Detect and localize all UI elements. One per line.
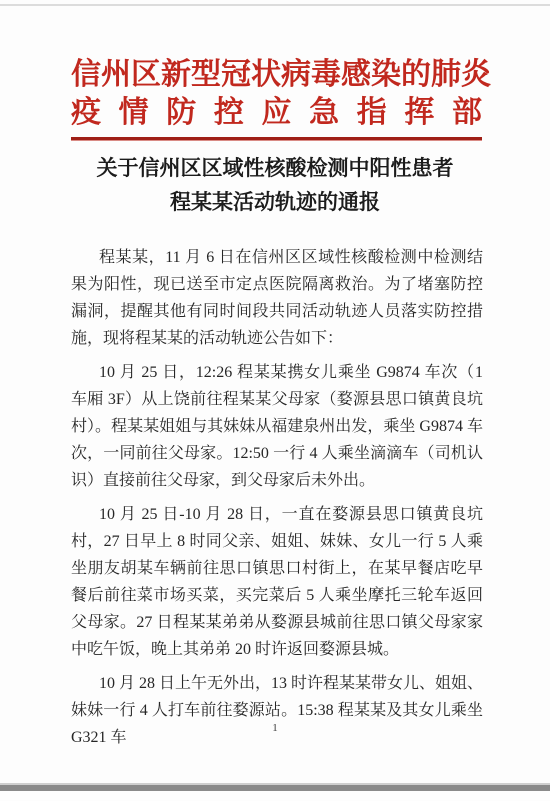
header-divider-rule	[71, 137, 482, 141]
page-top-edge-line	[0, 4, 550, 6]
paragraph-intro: 程某某，11 月 6 日在信州区区域性核酸检测中检测结果为阳性，现已送至市定点医…	[71, 244, 483, 352]
page-number: 1	[0, 722, 550, 734]
issuing-authority-header: 信州区新型冠状病毒感染的肺炎 疫情防控应急指挥部	[71, 56, 482, 141]
paragraph-oct-25: 10 月 25 日，12:26 程某某携女儿乘坐 G9874 车次（1 车厢 3…	[71, 359, 483, 494]
notice-page: 信州区新型冠状病毒感染的肺炎 疫情防控应急指挥部 关于信州区区域性核酸检测中阳性…	[0, 0, 550, 801]
paragraph-oct-25-28: 10 月 25 日-10 月 28 日，一直在婺源县思口镇黄良坑村，27 日早上…	[71, 501, 483, 663]
notice-title: 关于信州区区域性核酸检测中阳性患者 程某某活动轨迹的通报	[0, 151, 550, 219]
paragraph-oct-28: 10 月 28 日上午无外出，13 时许程某某带女儿、姐姐、妹妹一行 4 人打车…	[71, 670, 483, 751]
notice-body: 程某某，11 月 6 日在信州区区域性核酸检测中检测结果为阳性，现已送至市定点医…	[71, 244, 483, 751]
authority-name-line-2: 疫情防控应急指挥部	[71, 94, 482, 132]
notice-title-line-1: 关于信州区区域性核酸检测中阳性患者	[0, 151, 550, 185]
footer-divider-bar	[0, 783, 550, 791]
notice-title-line-2: 程某某活动轨迹的通报	[0, 185, 550, 219]
authority-name-line-1: 信州区新型冠状病毒感染的肺炎	[71, 56, 482, 94]
